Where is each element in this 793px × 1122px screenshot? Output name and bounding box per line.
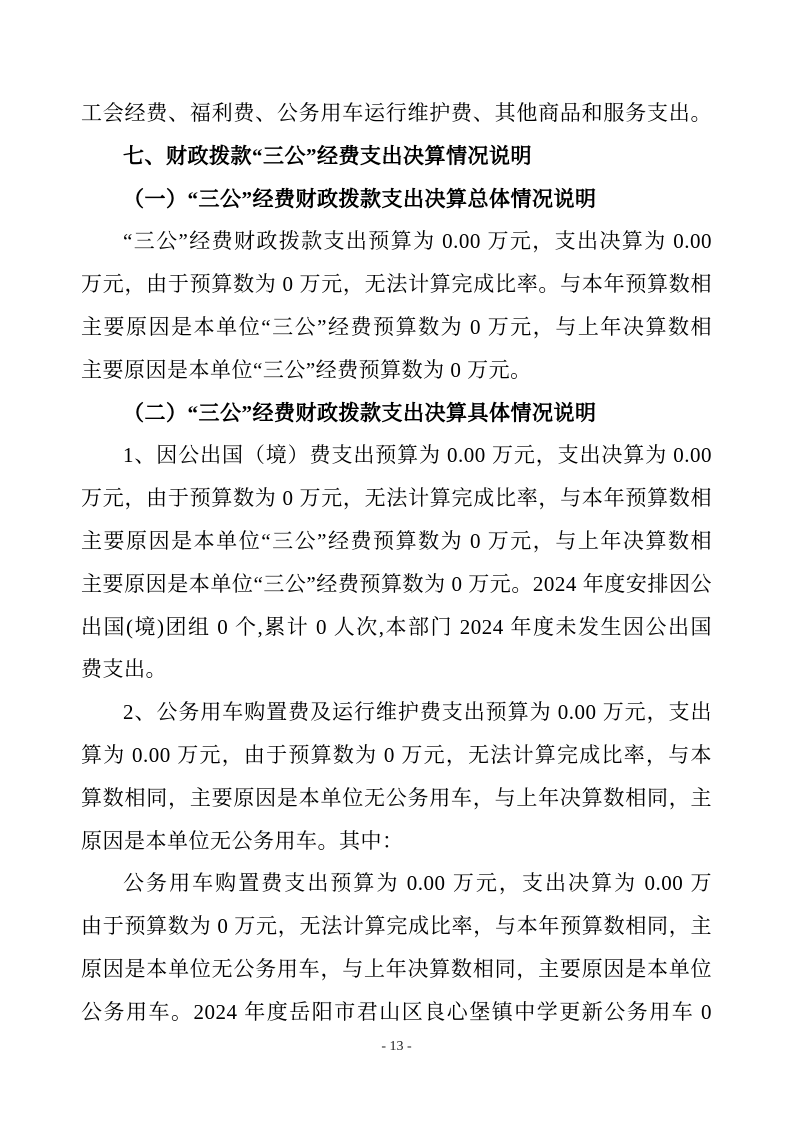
document-line: 万元，由于预算数为 0 万元，无法计算完成比率，与本年预算数相同， xyxy=(81,477,712,520)
page-number: - 13 - xyxy=(0,1036,793,1058)
document-line: 主要原因是本单位“三公”经费预算数为 0 万元，与上年决算数相同， xyxy=(81,520,712,563)
document-line: 费支出。 xyxy=(81,648,712,691)
document-line: 七、财政拨款“三公”经费支出决算情况说明 xyxy=(81,135,712,178)
document-line: 原因是本单位无公务用车。其中： xyxy=(81,820,712,863)
document-body: 工会经费、福利费、公务用车运行维护费、其他商品和服务支出。七、财政拨款“三公”经… xyxy=(81,92,712,1034)
document-line: 主要原因是本单位“三公”经费预算数为 0 万元。2024 年度安排因公 xyxy=(81,563,712,606)
document-line: 2、公务用车购置费及运行维护费支出预算为 0.00 万元，支出决 xyxy=(81,691,712,734)
document-line: （二）“三公”经费财政拨款支出决算具体情况说明 xyxy=(81,392,712,435)
document-line: 原因是本单位无公务用车，与上年决算数相同，主要原因是本单位无 xyxy=(81,948,712,991)
document-line: 主要原因是本单位“三公”经费预算数为 0 万元，与上年决算数相同， xyxy=(81,306,712,349)
document-line: 工会经费、福利费、公务用车运行维护费、其他商品和服务支出。 xyxy=(81,92,712,135)
document-line: 算为 0.00 万元，由于预算数为 0 万元，无法计算完成比率，与本年预 xyxy=(81,734,712,777)
document-line: （一）“三公”经费财政拨款支出决算总体情况说明 xyxy=(81,178,712,221)
document-line: 由于预算数为 0 万元，无法计算完成比率，与本年预算数相同，主要 xyxy=(81,905,712,948)
document-page: 工会经费、福利费、公务用车运行维护费、其他商品和服务支出。七、财政拨款“三公”经… xyxy=(0,0,793,1122)
document-line: 公务用车。2024 年度岳阳市君山区良心堡镇中学更新公务用车 0 辆， xyxy=(81,991,712,1034)
document-line: 算数相同，主要原因是本单位无公务用车，与上年决算数相同，主要 xyxy=(81,777,712,820)
document-line: 公务用车购置费支出预算为 0.00 万元，支出决算为 0.00 万元， xyxy=(81,862,712,905)
document-line: 万元，由于预算数为 0 万元，无法计算完成比率。与本年预算数相同， xyxy=(81,263,712,306)
document-line: “三公”经费财政拨款支出预算为 0.00 万元，支出决算为 0.00 xyxy=(81,220,712,263)
document-line: 1、因公出国（境）费支出预算为 0.00 万元，支出决算为 0.00 xyxy=(81,434,712,477)
document-line: 出国(境)团组 0 个,累计 0 人次,本部门 2024 年度未发生因公出国(境… xyxy=(81,606,712,649)
document-line: 主要原因是本单位“三公”经费预算数为 0 万元。 xyxy=(81,349,712,392)
